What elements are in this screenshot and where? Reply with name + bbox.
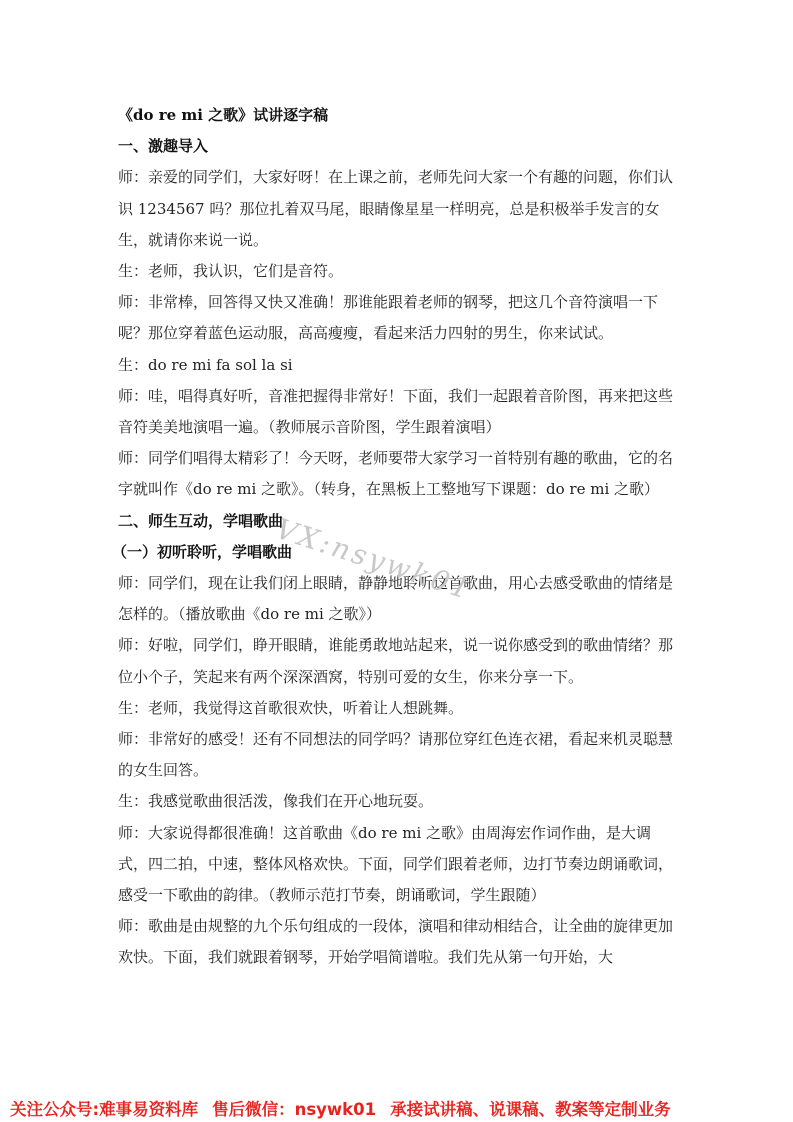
footer-account-text: 关注公众号:难事易资料库 [10, 1096, 198, 1122]
paragraph: 师：大家说得都很准确！这首歌曲《do re mi 之歌》由周海宏作词作曲，是大调… [118, 818, 678, 912]
paragraph: 生：老师，我觉得这首歌很欢快，听着让人想跳舞。 [118, 693, 678, 724]
footer-wechat-text: 售后微信：nsywk01 [212, 1096, 376, 1122]
section-heading-2: 二、师生互动，学唱歌曲 [118, 506, 678, 537]
paragraph: 生：我感觉歌曲很活泼，像我们在开心地玩耍。 [118, 786, 678, 817]
document-page: 《do re mi 之歌》试讲逐字稿 一、激趣导入 师：亲爱的同学们，大家好呀！… [118, 100, 678, 974]
footer-service-text: 承接试讲稿、说课稿、教案等定制业务 [390, 1096, 671, 1122]
paragraph: 师：非常棒，回答得又快又准确！那谁能跟着老师的钢琴，把这几个音符演唱一下呢？那位… [118, 287, 678, 349]
paragraph: 师：歌曲是由规整的九个乐句组成的一段体，演唱和律动相结合，让全曲的旋律更加欢快。… [118, 911, 678, 973]
paragraph: 生：老师，我认识，它们是音符。 [118, 256, 678, 287]
subsection-heading: （一）初听聆听，学唱歌曲 [112, 537, 678, 568]
section-heading-1: 一、激趣导入 [118, 131, 678, 162]
paragraph: 师：非常好的感受！还有不同想法的同学吗？请那位穿红色连衣裙，看起来机灵聪慧的女生… [118, 724, 678, 786]
paragraph: 师：亲爱的同学们，大家好呀！在上课之前，老师先问大家一个有趣的问题，你们认识 1… [118, 162, 678, 256]
paragraph: 师：同学们，现在让我们闭上眼睛，静静地聆听这首歌曲，用心去感受歌曲的情绪是怎样的… [118, 568, 678, 630]
paragraph: 师：哇，唱得真好听，音准把握得非常好！下面，我们一起跟着音阶图，再来把这些音符美… [118, 381, 678, 443]
footer-banner: 关注公众号:难事易资料库 售后微信：nsywk01 承接试讲稿、说课稿、教案等定… [10, 1096, 787, 1122]
document-title: 《do re mi 之歌》试讲逐字稿 [118, 100, 678, 131]
paragraph: 生：do re mi fa sol la si [118, 350, 678, 381]
paragraph: 师：好啦，同学们，睁开眼睛，谁能勇敢地站起来，说一说你感受到的歌曲情绪？那位小个… [118, 630, 678, 692]
paragraph: 师：同学们唱得太精彩了！今天呀，老师要带大家学习一首特别有趣的歌曲，它的名字就叫… [118, 443, 678, 505]
